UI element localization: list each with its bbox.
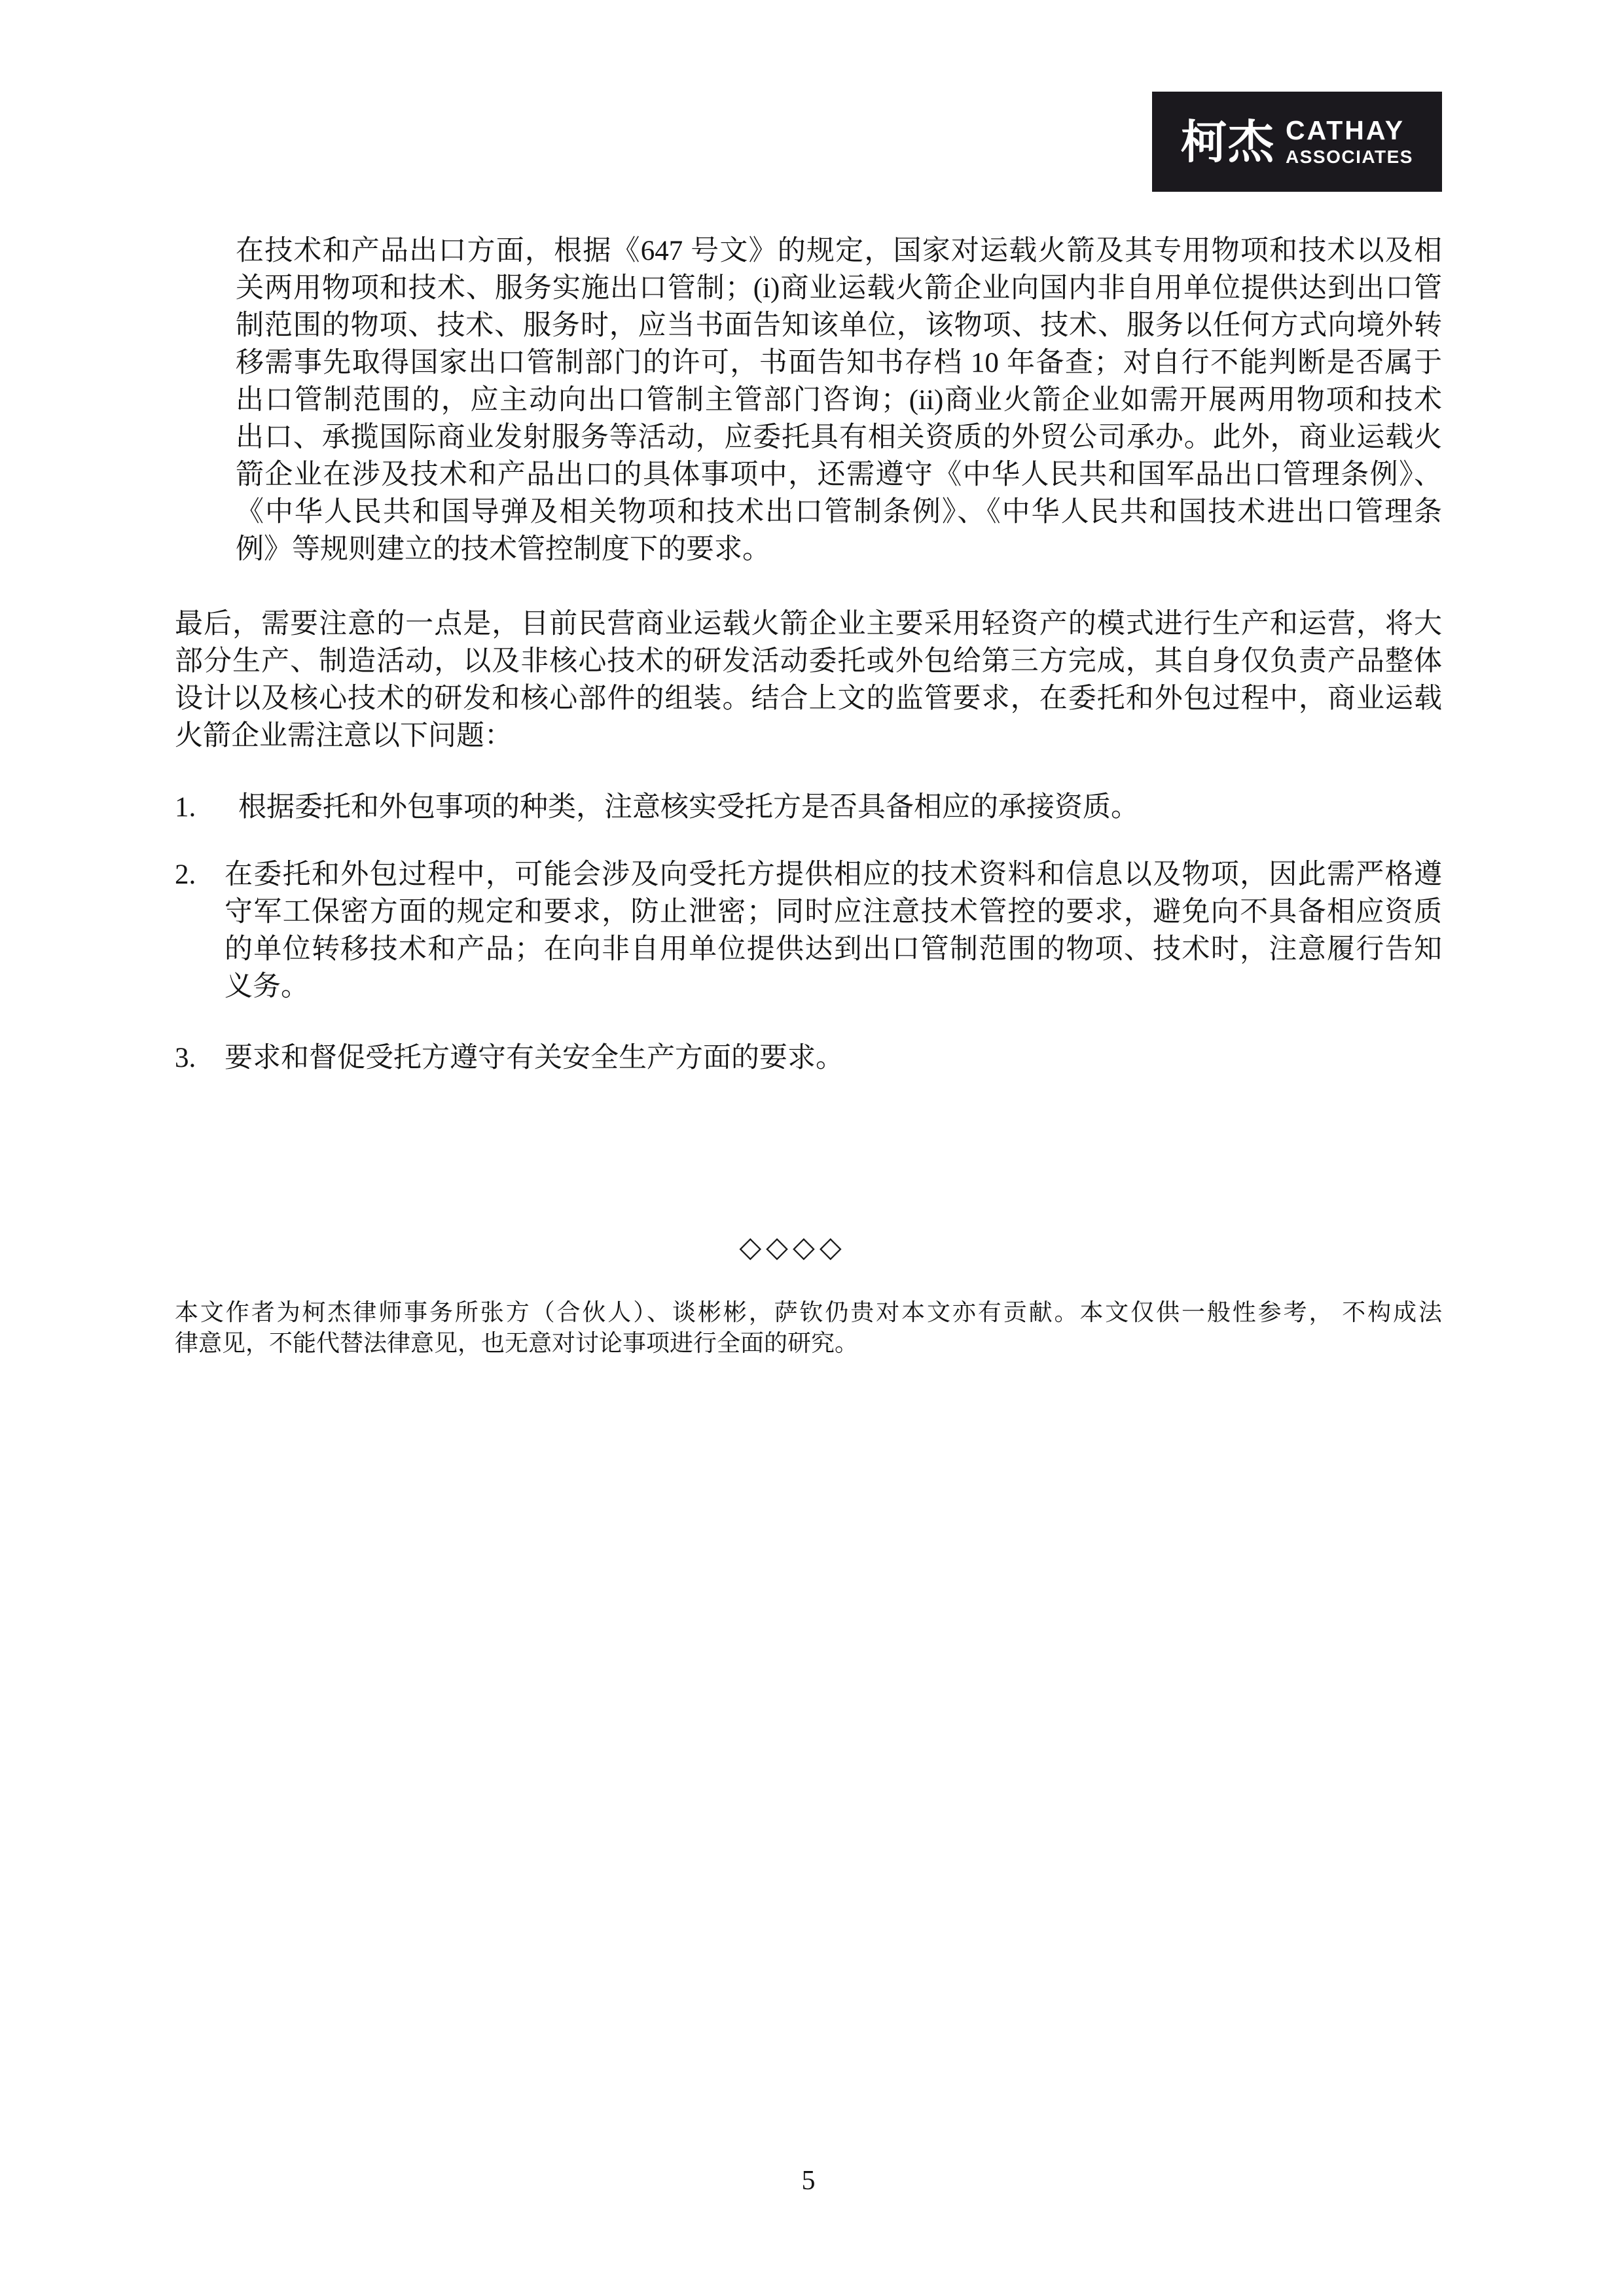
- paragraph-line: 在委托和外包过程中，可能会涉及向受托方提供相应的技术资料和信息以及物项，因此需严…: [225, 856, 1442, 893]
- paragraph-line: 设计以及核心技术的研发和核心部件的组装。结合上文的监管要求，在委托和外包过程中，…: [175, 680, 1442, 717]
- firm-logo: 柯杰 CATHAY ASSOCIATES: [1152, 92, 1442, 192]
- body-paragraph-2: 最后，需要注意的一点是，目前民营商业运载火箭企业主要采用轻资产的模式进行生产和运…: [175, 605, 1442, 755]
- logo-chinese-text: 柯杰: [1181, 119, 1275, 165]
- list-item-text: 要求和督促受托方遵守有关安全生产方面的要求。: [225, 1039, 1442, 1077]
- footer-note: 本文作者为柯杰律师事务所张方（合伙人）、谈彬彬，萨钦仍贵对本文亦有贡献。本文仅供…: [175, 1297, 1442, 1359]
- paragraph-line: 守军工保密方面的规定和要求，防止泄密；同时应注意技术管控的要求，避免向不具备相应…: [225, 893, 1442, 931]
- numbered-list-item-3: 3. 要求和督促受托方遵守有关安全生产方面的要求。: [175, 1039, 1442, 1077]
- paragraph-line: 例》等规则建立的技术管控制度下的要求。: [236, 531, 1442, 568]
- paragraph-line: 最后，需要注意的一点是，目前民营商业运载火箭企业主要采用轻资产的模式进行生产和运…: [175, 605, 1442, 643]
- paragraph-line: 《中华人民共和国导弹及相关物项和技术出口管制条例》、《中华人民共和国技术进出口管…: [236, 493, 1442, 531]
- body-paragraph-1: 在技术和产品出口方面，根据《647 号文》的规定，国家对运载火箭及其专用物项和技…: [236, 232, 1442, 568]
- paragraph-line: 在技术和产品出口方面，根据《647 号文》的规定，国家对运载火箭及其专用物项和技…: [236, 232, 1442, 270]
- list-item-number: 3.: [175, 1039, 196, 1077]
- paragraph-line: 的单位转移技术和产品；在向非自用单位提供达到出口管制范围的物项、技术时，注意履行…: [225, 931, 1442, 968]
- list-item-number: 1.: [175, 789, 196, 826]
- list-item-number: 2.: [175, 856, 196, 893]
- logo-cathay-text: CATHAY: [1286, 117, 1413, 144]
- paragraph-line: 出口管制范围的，应主动向出口管制主管部门咨询；(ii)商业火箭企业如需开展两用物…: [236, 382, 1442, 419]
- paragraph-line: 移需事先取得国家出口管制部门的许可，书面告知书存档 10 年备查；对自行不能判断…: [236, 344, 1442, 382]
- paragraph-line: 要求和督促受托方遵守有关安全生产方面的要求。: [225, 1039, 1442, 1077]
- paragraph-line: 义务。: [225, 968, 1442, 1005]
- paragraph-line: 根据委托和外包事项的种类，注意核实受托方是否具备相应的承接资质。: [238, 789, 1442, 826]
- logo-associates-text: ASSOCIATES: [1286, 148, 1413, 166]
- paragraph-line: 关两用物项和技术、服务实施出口管制；(i)商业运载火箭企业向国内非自用单位提供达…: [236, 270, 1442, 307]
- numbered-list-item-1: 1. 根据委托和外包事项的种类，注意核实受托方是否具备相应的承接资质。: [175, 789, 1442, 826]
- paragraph-line: 火箭企业需注意以下问题：: [175, 717, 1442, 755]
- list-item-text: 在委托和外包过程中，可能会涉及向受托方提供相应的技术资料和信息以及物项，因此需严…: [225, 856, 1442, 1005]
- logo-english-text: CATHAY ASSOCIATES: [1286, 117, 1413, 166]
- page-number: 5: [175, 2165, 1442, 2197]
- diamond-separator: ◇◇◇◇: [159, 1229, 1426, 1266]
- footer-line: 律意见，不能代替法律意见，也无意对讨论事项进行全面的研究。: [175, 1328, 1442, 1359]
- footer-line: 本文作者为柯杰律师事务所张方（合伙人）、谈彬彬，萨钦仍贵对本文亦有贡献。本文仅供…: [175, 1297, 1442, 1328]
- document-page: 柯杰 CATHAY ASSOCIATES 在技术和产品出口方面，根据《647 号…: [0, 0, 1624, 2296]
- paragraph-line: 出口、承揽国际商业发射服务等活动，应委托具有相关资质的外贸公司承办。此外，商业运…: [236, 419, 1442, 456]
- paragraph-line: 部分生产、制造活动，以及非核心技术的研发活动委托或外包给第三方完成，其自身仅负责…: [175, 643, 1442, 680]
- list-item-text: 根据委托和外包事项的种类，注意核实受托方是否具备相应的承接资质。: [238, 789, 1442, 826]
- paragraph-line: 箭企业在涉及技术和产品出口的具体事项中，还需遵守《中华人民共和国军品出口管理条例…: [236, 456, 1442, 493]
- paragraph-line: 制范围的物项、技术、服务时，应当书面告知该单位，该物项、技术、服务以任何方式向境…: [236, 307, 1442, 344]
- numbered-list-item-2: 2. 在委托和外包过程中，可能会涉及向受托方提供相应的技术资料和信息以及物项，因…: [175, 856, 1442, 1005]
